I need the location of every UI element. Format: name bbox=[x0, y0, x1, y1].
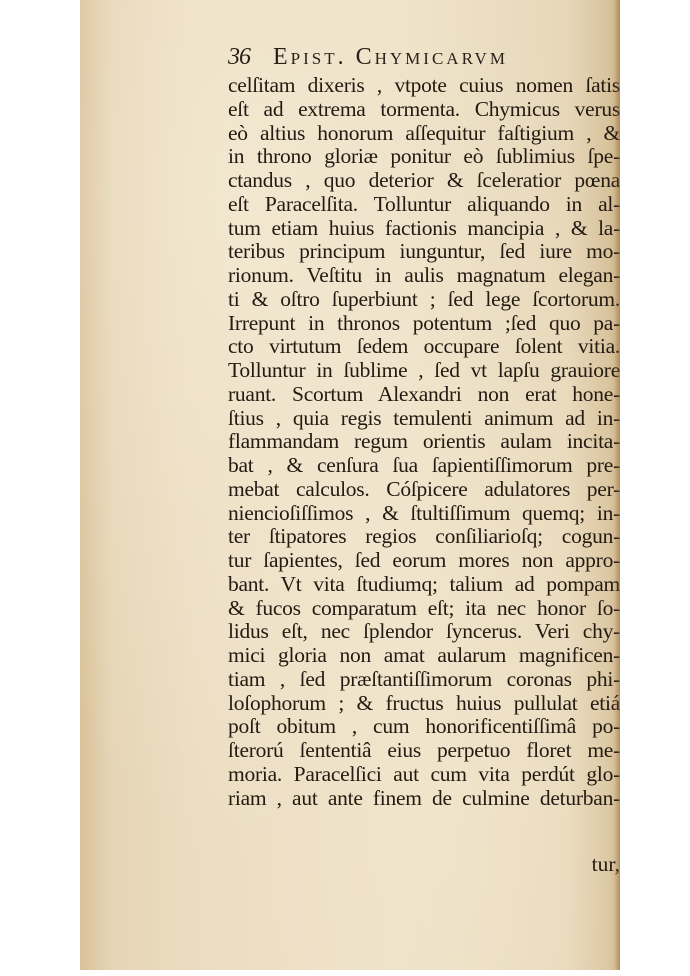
text-line: ruant. Scortum Alexandri non erat hone- bbox=[228, 383, 620, 407]
text-line: Tolluntur in ſublime , ſed vt lapſu grau… bbox=[228, 359, 620, 383]
text-line: eſt ad extrema tormenta. Chymicus verus bbox=[228, 98, 620, 122]
text-line: ſtius , quia regis temulenti animum ad i… bbox=[228, 407, 620, 431]
text-line: bat , & cenſura ſua ſapientiſſimorum pre… bbox=[228, 454, 620, 478]
page-number: 36 bbox=[228, 44, 250, 71]
text-line: loſophorum ; & fructus huius pullulat et… bbox=[228, 692, 620, 716]
text-line: eſt Paracelſita. Tolluntur aliquando in … bbox=[228, 193, 620, 217]
text-line: & fucos comparatum eſt; ita nec honor ſo… bbox=[228, 597, 620, 621]
text-line: cto virtutum ſedem occupare ſolent vitia… bbox=[228, 335, 620, 359]
text-line: Irrepunt in thronos potentum ;ſed quo pa… bbox=[228, 312, 620, 336]
text-line: flammandam regum orientis aulam incita- bbox=[228, 430, 620, 454]
text-line: tum etiam huius factionis mancipia , & l… bbox=[228, 217, 620, 241]
text-line: poſt obitum , cum honorificentiſſimâ po- bbox=[228, 715, 620, 739]
text-line: teribus principum iunguntur, ſed iure mo… bbox=[228, 240, 620, 264]
text-line: niencioſiſſimos , & ſtultiſſimum quemq; … bbox=[228, 502, 620, 526]
text-line: riam , aut ante finem de culmine deturba… bbox=[228, 787, 620, 811]
running-head: 36 Epist. Chymicarvm bbox=[228, 44, 618, 74]
text-line: tiam , ſed præſtantiſſimorum coronas phi… bbox=[228, 668, 620, 692]
text-line: ſterorú ſententiâ eius perpetuo floret m… bbox=[228, 739, 620, 763]
text-line: celſitam dixeris , vtpote cuius nomen ſa… bbox=[228, 74, 620, 98]
book-page: 36 Epist. Chymicarvm celſitam dixeris , … bbox=[80, 0, 620, 970]
text-line: eò altius honorum aſſequitur faſtigium ,… bbox=[228, 122, 620, 146]
catchword: tur, bbox=[228, 852, 620, 877]
text-line: mebat calculos. Cóſpicere adulatores per… bbox=[228, 478, 620, 502]
text-line: lidus eſt, nec ſplendor ſyncerus. Veri c… bbox=[228, 620, 620, 644]
text-line: moria. Paracelſici aut cum vita perdút g… bbox=[228, 763, 620, 787]
text-line: bant. Vt vita ſtudiumq; talium ad pompam bbox=[228, 573, 620, 597]
text-line: ctandus , quo deterior & ſceleratior pœn… bbox=[228, 169, 620, 193]
text-line: rionum. Veſtitu in aulis magnatum elegan… bbox=[228, 264, 620, 288]
text-line: ter ſtipatores regios conſiliarioſq; cog… bbox=[228, 525, 620, 549]
body-text: celſitam dixeris , vtpote cuius nomen ſa… bbox=[228, 74, 620, 810]
text-line: ti & oſtro ſuperbiunt ; ſed lege ſcortor… bbox=[228, 288, 620, 312]
text-line: mici gloria non amat aularum magnificen- bbox=[228, 644, 620, 668]
text-line: tur ſapientes, ſed eorum mores non appro… bbox=[228, 549, 620, 573]
text-line: in throno gloriæ ponitur eò ſublimius ſp… bbox=[228, 145, 620, 169]
running-title: Epist. Chymicarvm bbox=[273, 44, 508, 71]
